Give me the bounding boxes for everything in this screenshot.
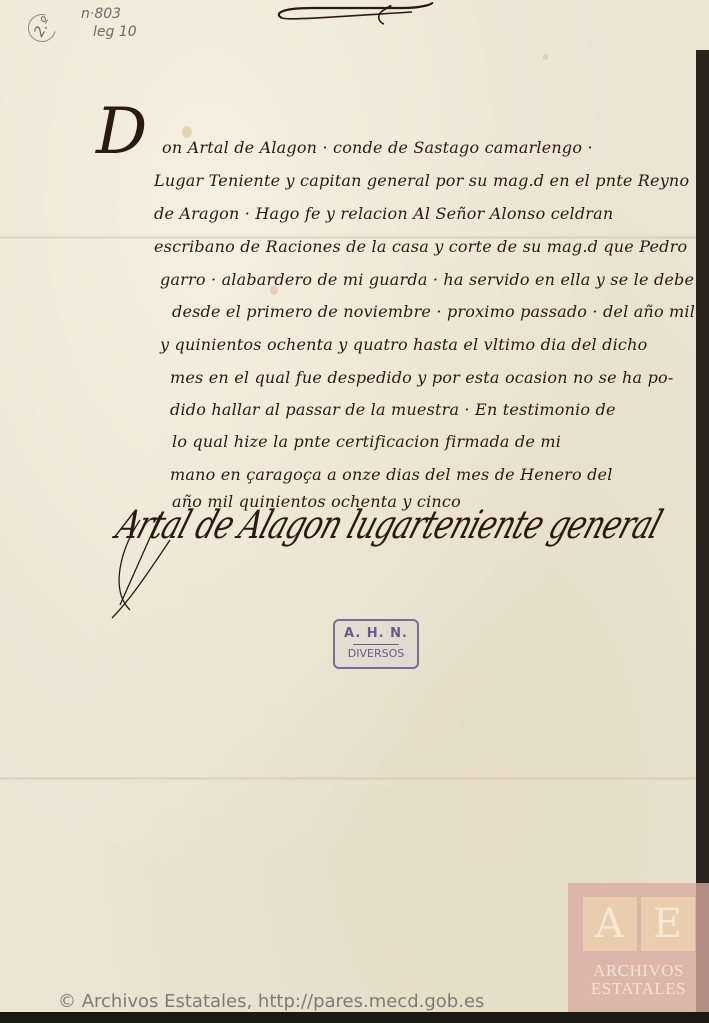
logo-letter-a: A: [583, 897, 637, 951]
fold-line: [0, 777, 696, 780]
ink-stain: [543, 54, 548, 60]
signature-flourish-icon: [110, 510, 190, 620]
ink-stain: [182, 126, 192, 138]
archivos-estatales-logo: A E ARCHIVOS ESTATALES: [568, 883, 709, 1023]
copyright-watermark: © Archivos Estatales, http://pares.mecd.…: [58, 991, 484, 1012]
manuscript-line-5: garro · alabardero de mi guarda · ha ser…: [160, 270, 694, 289]
manuscript-line-1: on Artal de Alagon · conde de Sastago ca…: [162, 138, 593, 157]
manuscript-line-7: y quinientos ochenta y quatro hasta el v…: [160, 335, 647, 354]
stamp-subtitle: DIVERSOS: [335, 647, 417, 660]
archive-number: n·803: [81, 6, 121, 22]
manuscript-line-4: escribano de Raciones de la casa y corte…: [154, 237, 687, 256]
manuscript-line-2: Lugar Teniente y capitan general por su …: [154, 171, 689, 190]
manuscript-line-10: lo qual hize la pnte certificacion firma…: [172, 432, 561, 451]
manuscript-line-6: desde el primero de noviembre · proximo …: [172, 302, 695, 321]
background-edge: [0, 1012, 709, 1023]
logo-text-line2: ESTATALES: [568, 981, 709, 997]
signature: Artal de Alagon lugarteniente general: [111, 503, 667, 549]
decorated-initial: D: [96, 100, 147, 164]
top-flourish-icon: [272, 2, 442, 26]
archive-bundle: leg 10: [93, 24, 137, 40]
stamp-divider: [353, 644, 399, 645]
manuscript-line-3: de Aragon · Hago fe y relacion Al Señor …: [154, 204, 613, 223]
stamp-title: A. H. N.: [335, 626, 417, 641]
logo-text-line1: ARCHIVOS: [568, 963, 709, 979]
manuscript-line-8: mes en el qual fue despedido y por esta …: [170, 368, 673, 387]
manuscript-line-9: dido hallar al passar de la muestra · En…: [170, 400, 616, 419]
logo-letter-e: E: [641, 897, 695, 951]
ahn-archive-stamp: A. H. N. DIVERSOS: [333, 619, 419, 669]
manuscript-line-11: mano en çaragoça a onze dias del mes de …: [170, 465, 613, 484]
